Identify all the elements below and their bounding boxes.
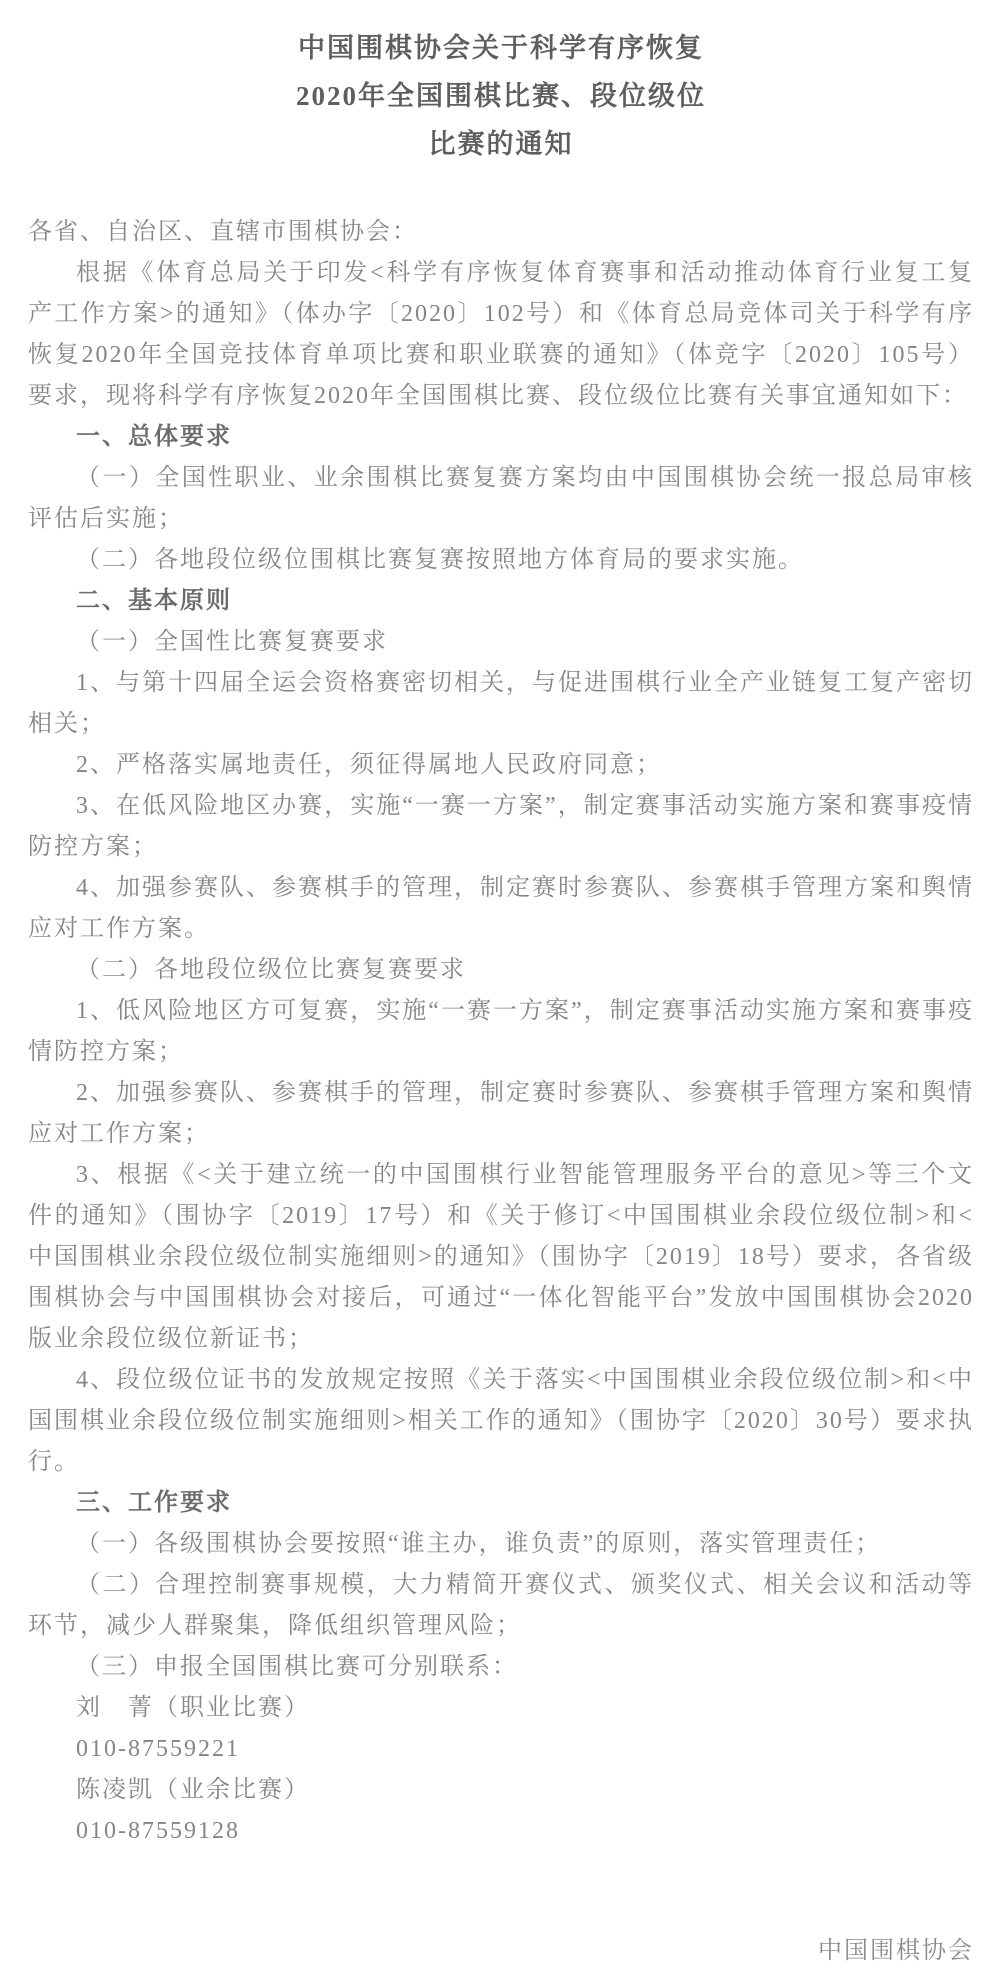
paragraph: （一）全国性比赛复赛要求: [28, 622, 974, 663]
section-heading-3: 三、工作要求: [28, 1483, 974, 1524]
document-title-line-2: 2020年全国围棋比赛、段位级位: [28, 72, 974, 120]
paragraph: （二）合理控制赛事规模，大力精简开赛仪式、颁奖仪式、相关会议和活动等环节，减少人…: [28, 1565, 974, 1647]
signature: 中国围棋协会: [28, 1930, 974, 1962]
paragraph: （二）各地段位级位围棋比赛复赛按照地方体育局的要求实施。: [28, 540, 974, 581]
section-heading-2: 二、基本原则: [28, 581, 974, 622]
document-title-line-3: 比赛的通知: [28, 120, 974, 168]
paragraph: 2、严格落实属地责任，须征得属地人民政府同意；: [28, 745, 974, 786]
paragraph: 2、加强参赛队、参赛棋手的管理，制定赛时参赛队、参赛棋手管理方案和舆情应对工作方…: [28, 1073, 974, 1155]
document-title-line-1: 中国围棋协会关于科学有序恢复: [28, 24, 974, 72]
paragraph: （二）各地段位级位比赛复赛要求: [28, 950, 974, 991]
salutation: 各省、自治区、直辖市围棋协会：: [28, 212, 974, 253]
paragraph: （一）全国性职业、业余围棋比赛复赛方案均由中国围棋协会统一报总局审核评估后实施；: [28, 458, 974, 540]
contact-phone-amateur: 010-87559128: [28, 1811, 974, 1852]
paragraph: 4、段位级位证书的发放规定按照《关于落实<中国围棋业余段位级位制>和<中国围棋业…: [28, 1360, 974, 1483]
contact-name-professional: 刘 菁（职业比赛）: [28, 1688, 974, 1729]
paragraph: 4、加强参赛队、参赛棋手的管理，制定赛时参赛队、参赛棋手管理方案和舆情应对工作方…: [28, 868, 974, 950]
paragraph-intro: 根据《体育总局关于印发<科学有序恢复体育赛事和活动推动体育行业复工复产工作方案>…: [28, 253, 974, 417]
paragraph: 3、在低风险地区办赛，实施“一赛一方案”，制定赛事活动实施方案和赛事疫情防控方案…: [28, 786, 974, 868]
paragraph: （一）各级围棋协会要按照“谁主办，谁负责”的原则，落实管理责任；: [28, 1524, 974, 1565]
document-title: 中国围棋协会关于科学有序恢复 2020年全国围棋比赛、段位级位 比赛的通知: [28, 24, 974, 168]
contact-name-amateur: 陈凌凯（业余比赛）: [28, 1770, 974, 1811]
contact-phone-professional: 010-87559221: [28, 1729, 974, 1770]
notice-document: 中国围棋协会关于科学有序恢复 2020年全国围棋比赛、段位级位 比赛的通知 各省…: [0, 0, 1002, 1962]
paragraph: 3、根据《<关于建立统一的中国围棋行业智能管理服务平台的意见>等三个文件的通知》…: [28, 1155, 974, 1360]
paragraph: （三）申报全国围棋比赛可分别联系：: [28, 1647, 974, 1688]
section-heading-1: 一、总体要求: [28, 417, 974, 458]
paragraph: 1、与第十四届全运会资格赛密切相关，与促进围棋行业全产业链复工复产密切相关；: [28, 663, 974, 745]
document-body: 各省、自治区、直辖市围棋协会： 根据《体育总局关于印发<科学有序恢复体育赛事和活…: [28, 212, 974, 1852]
paragraph: 1、低风险地区方可复赛，实施“一赛一方案”，制定赛事活动实施方案和赛事疫情防控方…: [28, 991, 974, 1073]
